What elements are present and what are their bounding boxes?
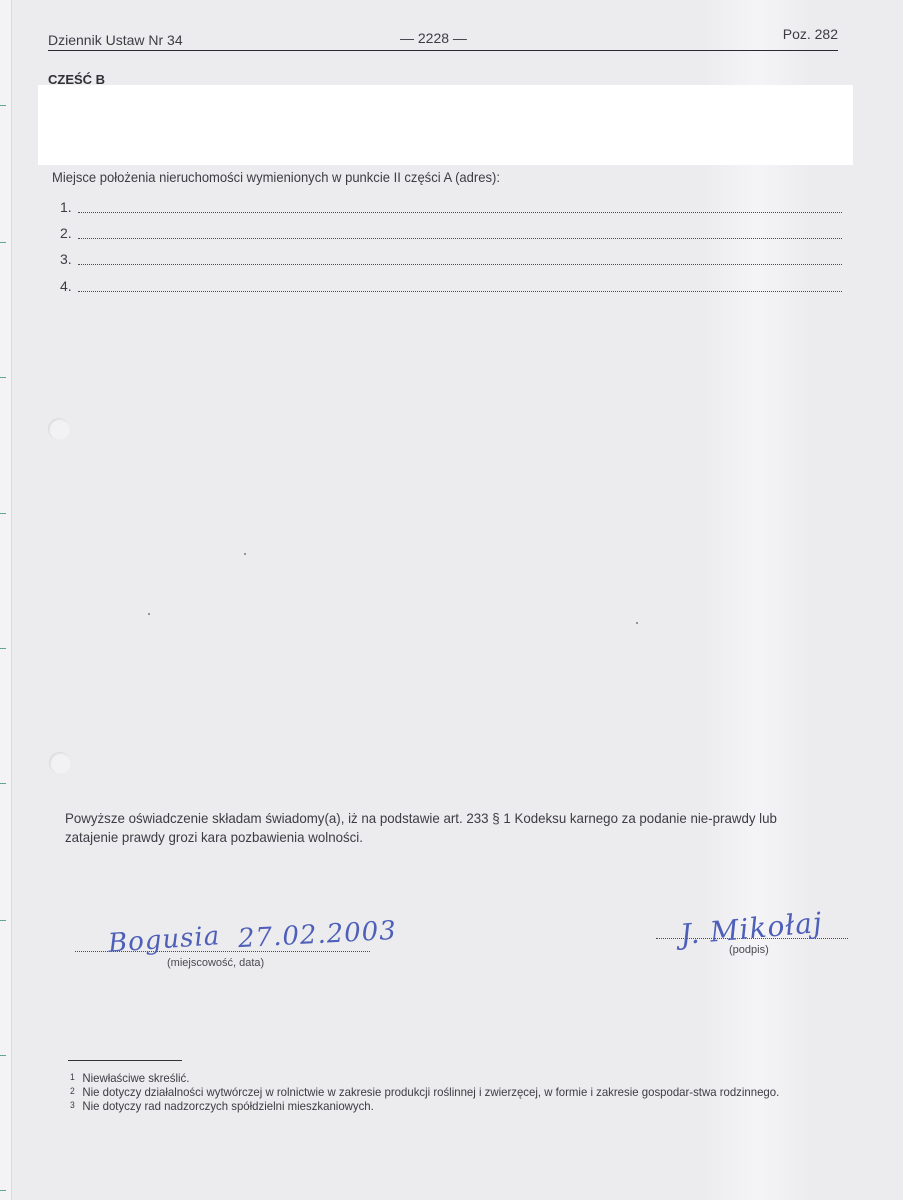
line-number: 4. — [60, 278, 72, 294]
footnote-2: 2 Nie dotyczy działalności wytwórczej w … — [70, 1085, 830, 1099]
declaration-text: Powyższe oświadczenie składam świadomy(a… — [65, 809, 825, 847]
punch-hole-icon — [48, 418, 70, 440]
address-label: Miejsce położenia nieruchomości wymienio… — [52, 169, 500, 185]
position-number: Poz. 282 — [783, 26, 838, 42]
footnote-mark: 1 — [70, 1070, 75, 1084]
scan-binding-edge — [0, 0, 12, 1200]
margin-tick — [0, 648, 6, 649]
margin-tick — [0, 377, 6, 378]
place-date-caption: (miejscowość, data) — [167, 957, 264, 969]
footnotes: 1 Niewłaściwe skreślić. 2 Nie dotyczy dz… — [70, 1071, 830, 1113]
address-line-2[interactable]: 2. — [60, 225, 842, 241]
margin-tick — [0, 1055, 6, 1056]
margin-tick — [0, 920, 6, 921]
dotted-field — [78, 238, 842, 239]
address-line-1[interactable]: 1. — [60, 199, 842, 215]
page-header: Dziennik Ustaw Nr 34 — 2228 — Poz. 282 — [48, 26, 838, 51]
footnote-3: 3 Nie dotyczy rad nadzorczych spółdzieln… — [70, 1099, 830, 1113]
footnote-mark: 3 — [70, 1098, 75, 1112]
footnote-text: Niewłaściwe skreślić. — [82, 1071, 189, 1085]
journal-title: Dziennik Ustaw Nr 34 — [48, 32, 183, 48]
margin-tick — [0, 1190, 6, 1191]
margin-tick — [0, 105, 6, 106]
redacted-area — [38, 85, 853, 165]
punch-hole-icon — [49, 752, 71, 774]
dotted-field — [78, 212, 842, 213]
scan-speck — [244, 553, 246, 555]
footnote-text: Nie dotyczy rad nadzorczych spółdzielni … — [82, 1099, 373, 1113]
line-number: 1. — [60, 199, 72, 215]
footnote-divider — [68, 1060, 182, 1061]
page-number: — 2228 — — [400, 30, 467, 46]
margin-tick — [0, 513, 6, 514]
footnote-mark: 2 — [70, 1084, 75, 1098]
margin-tick — [0, 783, 6, 784]
scan-shading — [702, 0, 812, 1200]
scan-speck — [636, 622, 638, 624]
footnote-text: Nie dotyczy działalności wytwórczej w ro… — [82, 1085, 779, 1099]
footnote-1: 1 Niewłaściwe skreślić. — [70, 1071, 830, 1085]
line-number: 3. — [60, 251, 72, 267]
dotted-field — [78, 291, 842, 292]
address-line-4[interactable]: 4. — [60, 278, 842, 294]
margin-tick — [0, 242, 6, 243]
address-line-3[interactable]: 3. — [60, 251, 842, 267]
dotted-field — [78, 264, 842, 265]
line-number: 2. — [60, 225, 72, 241]
scan-speck — [148, 613, 150, 615]
